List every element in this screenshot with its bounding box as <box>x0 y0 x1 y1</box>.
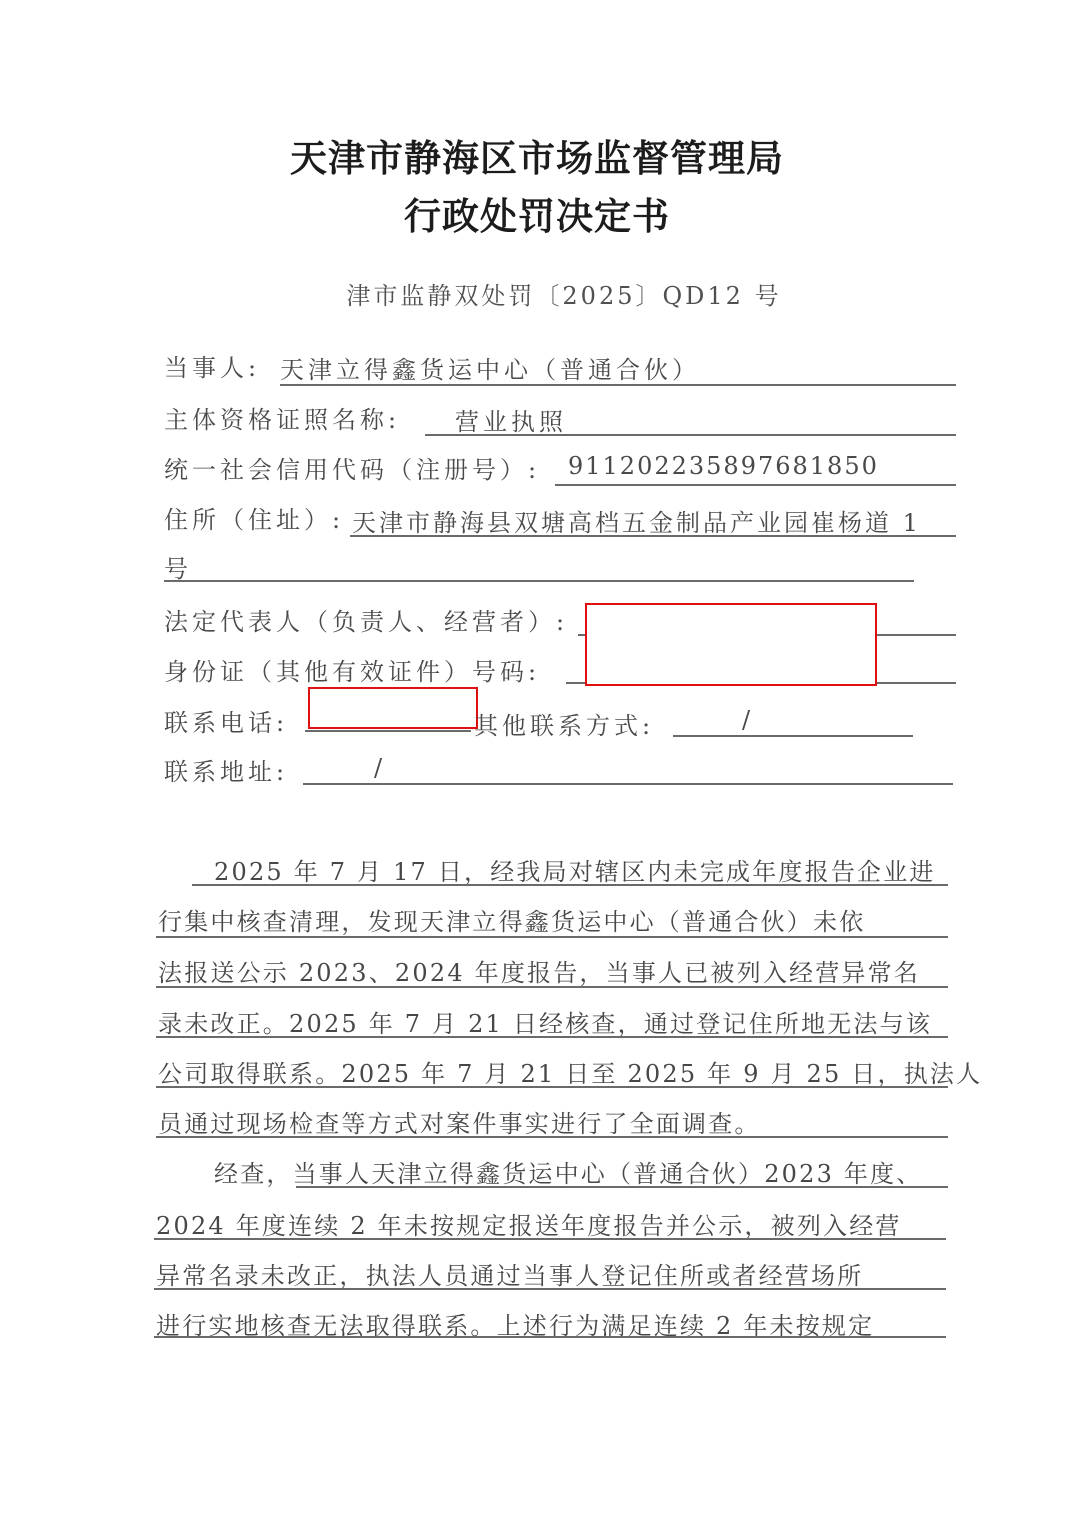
paragraph-line: 公司取得联系。2025 年 7 月 21 日至 2025 年 9 月 25 日，… <box>158 1054 982 1089</box>
paragraph-underline <box>156 1086 948 1088</box>
paragraph-line: 2024 年度连续 2 年未按规定报送年度报告并公示，被列入经营 <box>156 1206 902 1241</box>
paragraph-underline <box>156 1036 948 1038</box>
paragraph-line: 异常名录未改正，执法人员通过当事人登记住所或者经营场所 <box>156 1256 863 1291</box>
other-contact-underline <box>673 735 913 737</box>
contact-address-label: 联系地址: <box>164 752 288 787</box>
paragraph-underline <box>192 884 948 886</box>
license-name-value: 营业执照 <box>455 402 567 437</box>
paragraph-underline <box>154 1288 946 1290</box>
paragraph-underline <box>156 1136 948 1138</box>
address-underline-2 <box>164 580 914 582</box>
party-underline <box>280 384 956 386</box>
paragraph-line: 员通过现场检查等方式对案件事实进行了全面调查。 <box>158 1104 761 1139</box>
phone-label: 联系电话: <box>164 703 288 738</box>
paragraph-line: 法报送公示 2023、2024 年度报告，当事人已被列入经营异常名 <box>158 953 920 988</box>
party-label: 当事人: <box>164 348 260 383</box>
paragraph-underline <box>154 1336 946 1338</box>
paragraph-line: 录未改正。2025 年 7 月 21 日经核查，通过登记住所地无法与该 <box>158 1004 932 1039</box>
other-contact-value: / <box>742 706 754 734</box>
document-title: 行政处罚决定书 <box>0 186 1074 240</box>
paragraph-underline <box>154 1238 946 1240</box>
phone-underline <box>305 730 471 732</box>
credit-code-value: 911202235897681850 <box>568 452 879 480</box>
agency-title: 天津市静海区市场监督管理局 <box>0 128 1074 182</box>
paragraph-line: 2025 年 7 月 17 日，经我局对辖区内未完成年度报告企业进 <box>214 852 936 887</box>
paragraph-underline <box>156 936 948 938</box>
address-underline-1 <box>350 535 956 537</box>
address-value-line2: 号 <box>164 549 192 584</box>
legal-rep-label: 法定代表人（负责人、经营者）: <box>164 602 568 637</box>
license-name-underline <box>425 434 956 436</box>
paragraph-underline <box>156 986 948 988</box>
paragraph-line: 经查，当事人天津立得鑫货运中心（普通合伙）2023 年度、 <box>214 1154 923 1189</box>
address-value-line1: 天津市静海县双塘高档五金制品产业园崔杨道 1 <box>352 503 921 538</box>
license-name-label: 主体资格证照名称: <box>164 400 400 435</box>
contact-address-underline <box>303 783 953 785</box>
credit-code-label: 统一社会信用代码（注册号）: <box>164 450 540 485</box>
redaction-box-phone <box>308 687 478 729</box>
address-label: 住所（住址）: <box>164 500 344 535</box>
id-number-label: 身份证（其他有效证件）号码: <box>164 652 540 687</box>
other-contact-label: 其他联系方式: <box>474 706 654 741</box>
paragraph-line: 行集中核查清理，发现天津立得鑫货运中心（普通合伙）未依 <box>158 902 865 937</box>
contact-address-value: / <box>374 754 386 782</box>
paragraph-underline <box>296 1186 948 1188</box>
redaction-box-legal-rep-id <box>585 603 877 686</box>
party-value: 天津立得鑫货运中心（普通合伙） <box>280 350 700 385</box>
credit-code-underline <box>555 484 956 486</box>
document-number: 津市监静双处罚〔2025〕QD12 号 <box>0 276 1074 311</box>
